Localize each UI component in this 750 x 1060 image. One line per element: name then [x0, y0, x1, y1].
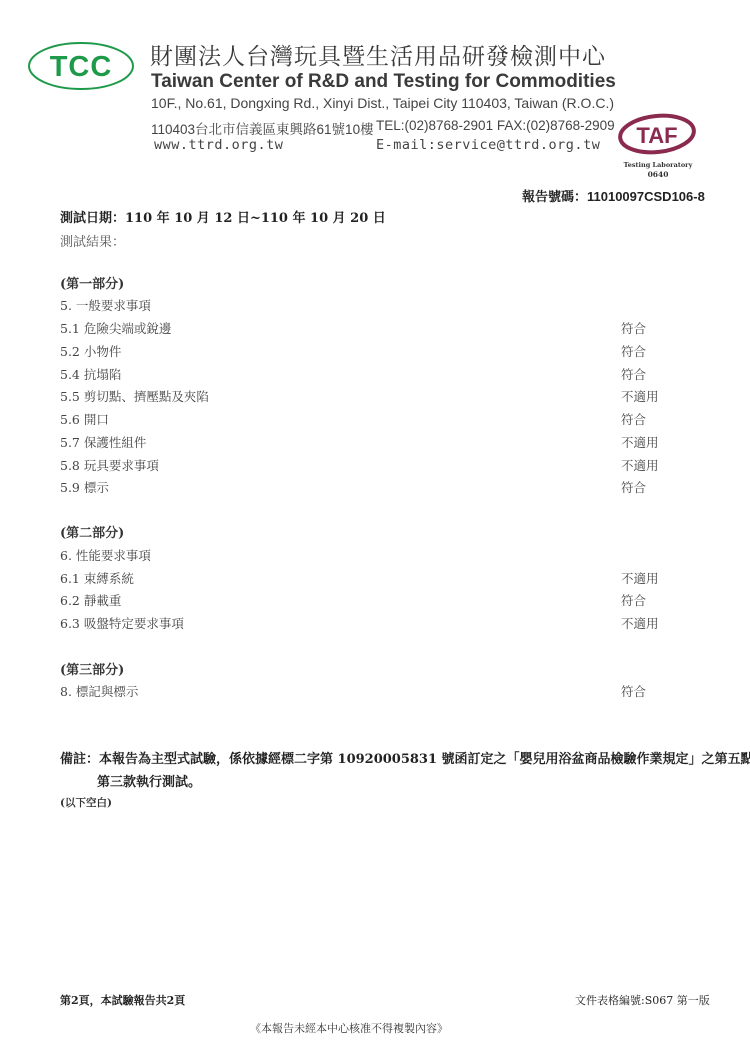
list-item-result: 不適用: [621, 387, 659, 405]
org-name-en: Taiwan Center of R&D and Testing for Com…: [151, 71, 616, 93]
svg-text:TCC: TCC: [50, 51, 113, 83]
list-item-label: 6.3 吸盤特定要求事項: [60, 614, 184, 632]
list-item-result: 符合: [621, 319, 646, 337]
list-item-result: 符合: [621, 365, 646, 383]
list-item-result: 不適用: [621, 569, 659, 587]
list-item-label: 5.6 開口: [60, 410, 109, 428]
section-title: 8. 標記與標示: [60, 682, 138, 700]
section-heading: (第二部分): [60, 522, 124, 541]
email-link[interactable]: E-mail:service@ttrd.org.tw: [376, 137, 600, 153]
section-title: 5. 一般要求事項: [60, 296, 151, 314]
blank-below-marker: (以下空白): [60, 795, 112, 810]
note-line-2: 第三款執行測試。: [97, 771, 201, 790]
list-item-label: 5.5 剪切點、擠壓點及夾陷: [60, 387, 209, 405]
address-en: 10F., No.61, Dongxing Rd., Xinyi Dist., …: [151, 95, 614, 111]
report-number: 報告號碼：11010097CSD106-8: [522, 186, 705, 205]
list-item-result: 不適用: [621, 433, 659, 451]
list-item-result: 符合: [621, 478, 646, 496]
note-line-1: 備註：本報告為主型式試驗，係依據經標二字第 10920005831 號函訂定之「…: [60, 748, 750, 767]
section-heading: (第一部分): [60, 273, 124, 292]
section-title-result: 符合: [621, 682, 646, 700]
list-item-result: 符合: [621, 342, 646, 360]
section-heading: (第三部分): [60, 659, 124, 678]
list-item-result: 符合: [621, 591, 646, 609]
org-name-zh: 財團法人台灣玩具暨生活用品研發檢測中心: [150, 38, 606, 71]
website-link[interactable]: www.ttrd.org.tw: [154, 137, 283, 153]
page-info: 第2頁，本試驗報告共2頁: [60, 992, 185, 1008]
taf-number: 0640: [620, 170, 696, 179]
form-number: 文件表格編號:S067 第一版: [575, 992, 710, 1008]
list-item-result: 不適用: [621, 456, 659, 474]
list-item-label: 5.9 標示: [60, 478, 109, 496]
list-item-label: 5.8 玩具要求事項: [60, 456, 159, 474]
list-item-result: 符合: [621, 410, 646, 428]
taf-caption: Testing Laboratory: [620, 161, 696, 169]
list-item-label: 5.2 小物件: [60, 342, 121, 360]
section-title: 6. 性能要求事項: [60, 546, 151, 564]
list-item-label: 6.1 束縛系統: [60, 569, 134, 587]
tel-fax: TEL:(02)8768-2901 FAX:(02)8768-2909: [376, 118, 615, 133]
list-item-label: 5.1 危險尖端或銳邊: [60, 319, 171, 337]
test-date: 測試日期：110 年 10 月 12 日~110 年 10 月 20 日: [60, 207, 386, 226]
copyright-notice: 《本報告未經本中心核准不得複製內容》: [250, 1020, 448, 1036]
list-item-label: 6.2 靜載重: [60, 591, 121, 609]
list-item-label: 5.7 保護性組件: [60, 433, 146, 451]
address-zh: 110403台北市信義區東興路61號10樓: [151, 118, 374, 138]
taf-logo: TAF: [617, 112, 697, 156]
svg-text:TAF: TAF: [636, 123, 677, 148]
list-item-result: 不適用: [621, 614, 659, 632]
list-item-label: 5.4 抗塌陷: [60, 365, 121, 383]
test-result-label: 測試結果：: [60, 231, 125, 250]
tcc-logo: TCC: [27, 41, 135, 91]
